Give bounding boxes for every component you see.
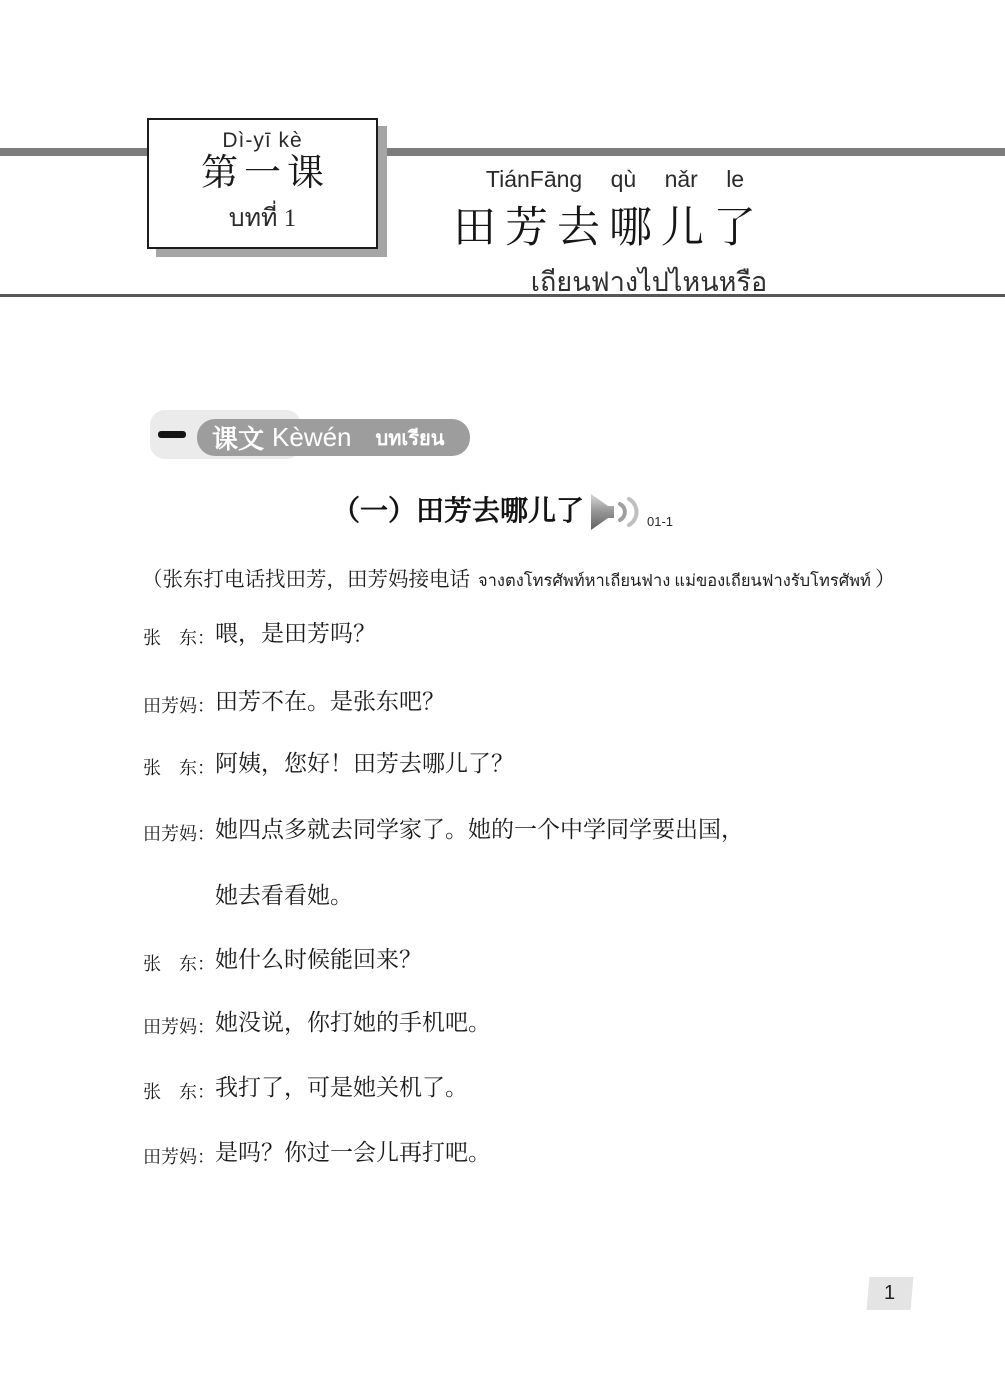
- dialogue-row: 张 东： 阿姨，您好！田芳去哪儿了？: [143, 748, 514, 780]
- title-chinese: 田芳去哪儿了: [414, 194, 804, 255]
- lesson-title-chinese: 第一课: [195, 153, 330, 196]
- dialogue-line: 喂，是田芳吗？: [215, 618, 376, 649]
- dialogue-row: 田芳妈： 是吗？你过一会儿再打吧。: [143, 1137, 491, 1169]
- lesson-title-thai: บทที่ 1: [229, 198, 297, 238]
- speaker-label: 田芳妈：: [143, 814, 215, 846]
- audio-track-label: 01-1: [647, 514, 673, 529]
- title-thai: เถียนฟางไปไหนหรือ: [454, 260, 844, 303]
- page-number-badge: 1: [867, 1277, 914, 1310]
- dialogue-line-continuation: 她去看看她。: [215, 880, 744, 911]
- section-label-thai: บทเรียน: [376, 422, 445, 454]
- section-label-pinyin: Kèwén: [272, 422, 352, 453]
- speaker-label: 张 东：: [143, 748, 215, 780]
- speaker-label: 张 东：: [143, 618, 215, 650]
- speaker-icon: [590, 492, 644, 537]
- section-dark-pill: 课文 Kèwén บทเรียน: [197, 419, 470, 456]
- dialogue-line: 她什么时候能回来？: [215, 944, 422, 975]
- section-number-dash: [158, 431, 186, 438]
- dialogue-row: 张 东： 我打了，可是她关机了。: [143, 1072, 468, 1104]
- lesson-pinyin: Dì-yī kè: [222, 129, 302, 153]
- speaker-label: 田芳妈：: [143, 1007, 215, 1039]
- dialogue-row: 张 东： 她什么时候能回来？: [143, 944, 422, 976]
- dialogue-row: 田芳妈： 她没说，你打她的手机吧。: [143, 1007, 491, 1039]
- stage-direction: （张东打电话找田芳，田芳妈接电话 จางตงโทรศัพท์หาเถียนฟาง…: [142, 562, 895, 594]
- section-label-chinese: 课文: [212, 419, 264, 456]
- stage-direction-close-paren: ）: [875, 569, 896, 591]
- page-number: 1: [884, 1282, 895, 1305]
- dialogue-row: 张 东： 喂，是田芳吗？: [143, 618, 376, 650]
- dialogue-row: 田芳妈： 田芳不在。是张东吧？: [143, 686, 445, 718]
- lesson-number-box: Dì-yī kè 第一课 บทที่ 1: [147, 118, 378, 249]
- speaker-label: 张 东：: [143, 944, 215, 976]
- dialogue-line: 她四点多就去同学家了。她的一个中学同学要出国，: [215, 814, 744, 845]
- title-pinyin: TiánFāng qù nǎr le: [420, 166, 810, 193]
- dialogue-line: 是吗？你过一会儿再打吧。: [215, 1137, 491, 1168]
- dialogue-line: 田芳不在。是张东吧？: [215, 686, 445, 717]
- dialogue-row: 田芳妈： 她四点多就去同学家了。她的一个中学同学要出国， 她去看看她。: [143, 814, 744, 911]
- dialogue-line: 我打了，可是她关机了。: [215, 1072, 468, 1103]
- dialogue-subtitle: （一）田芳去哪儿了: [332, 489, 584, 529]
- speaker-label: 张 东：: [143, 1072, 215, 1104]
- stage-direction-thai: จางตงโทรศัพท์หาเถียนฟาง แม่ของเถียนฟางรั…: [478, 571, 871, 590]
- speaker-label: 田芳妈：: [143, 1137, 215, 1169]
- textbook-page: Dì-yī kè 第一课 บทที่ 1 TiánFāng qù nǎr le …: [0, 0, 1005, 1400]
- stage-direction-chinese: （张东打电话找田芳，田芳妈接电话: [142, 569, 470, 591]
- lesson-main-title: TiánFāng qù nǎr le 田芳去哪儿了 เถียนฟางไปไหนห…: [420, 166, 810, 303]
- dialogue-line: 她没说，你打她的手机吧。: [215, 1007, 491, 1038]
- speaker-label: 田芳妈：: [143, 686, 215, 718]
- dialogue-line: 阿姨，您好！田芳去哪儿了？: [215, 748, 514, 779]
